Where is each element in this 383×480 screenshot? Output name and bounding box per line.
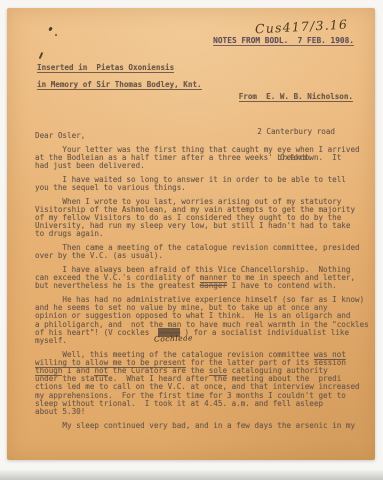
pen-mark <box>39 52 43 59</box>
typed-text: to drugs again. <box>35 229 104 238</box>
insertion-note-text: Inserted in Pietas Oxoniensis <box>37 63 174 73</box>
letter-body: Dear Osler, Your letter was the first th… <box>35 132 371 435</box>
typed-line: but nevertheless he is the greatest dang… <box>35 282 371 290</box>
typed-line: sleep without trional. I took it at 4.45… <box>35 400 371 408</box>
typed-line: of his heart"! (V cockles ——————Cochleae… <box>35 329 371 337</box>
typed-text: over by the V.C. (as usual). <box>35 251 163 260</box>
from-line: From E. W. B. Nicholson. <box>239 92 353 101</box>
typed-text: had just been delivered. <box>35 161 145 170</box>
from-line-text: From E. W. B. Nicholson. <box>239 92 353 102</box>
scanned-letter-page: Cus417/3.16 NOTES FROM BODL. 7 FEB. 1908… <box>0 0 383 480</box>
paragraph: Then came a meeting of the catalogue rev… <box>35 244 371 260</box>
typed-line: you the sequel to various things. <box>35 184 371 192</box>
typed-text: ) for a socialist individualist like <box>180 328 349 337</box>
typed-dateline: NOTES FROM BODL. 7 FEB. 1908. <box>213 36 354 46</box>
paragraph: I have always been afraid of this Vice C… <box>35 266 371 291</box>
typed-text: about 5.30! <box>35 407 85 416</box>
typed-text: but nevertheless he is the greatest <box>35 281 200 290</box>
paragraph: When I wrote to you last, worries arisin… <box>35 198 371 239</box>
typed-text: danger <box>200 281 227 290</box>
typed-text: you the sequel to various things. <box>35 183 186 192</box>
paragraph: He has had no administrative experience … <box>35 296 371 345</box>
paragraph: I have waited so long to answer it in or… <box>35 176 371 192</box>
ink-speck <box>48 27 53 32</box>
salutation: Dear Osler, <box>35 132 371 140</box>
typed-line: had just been delivered. <box>35 162 371 170</box>
typed-line: about 5.30! <box>35 408 371 416</box>
typed-text: myself. <box>35 336 67 345</box>
insertion-note-line1: Inserted in Pietas Oxoniensis <box>37 63 174 72</box>
typed-line: to drugs again. <box>35 230 371 238</box>
paragraph: Your letter was the first thing that cau… <box>35 146 371 171</box>
typed-line: myself. <box>35 337 371 345</box>
ink-speck <box>55 34 57 36</box>
paragraph: My sleep continued very bad, and in a fe… <box>35 422 371 430</box>
letter-paper: Cus417/3.16 NOTES FROM BODL. 7 FEB. 1908… <box>7 8 375 460</box>
handwritten-correction: Cochleae <box>154 335 193 345</box>
typed-text: My sleep continued very bad, and in a fe… <box>35 421 355 430</box>
insertion-note-line2: in Memory of Sir Thomas Bodley, Knt. <box>37 80 202 89</box>
typed-line: over by the V.C. (as usual). <box>35 252 371 260</box>
insertion-note-text: in Memory of Sir Thomas Bodley, Knt. <box>37 80 202 90</box>
typed-text: I have to contend with. <box>227 281 337 290</box>
handwritten-archive-reference: Cus417/3.16 <box>255 17 349 37</box>
scanner-edge-shadow <box>0 470 383 480</box>
struck-out-word: ——————Cochleae <box>158 328 179 337</box>
typed-line: My sleep continued very bad, and in a fe… <box>35 422 371 430</box>
paragraph: Well, this meeting of the catalogue revi… <box>35 351 371 417</box>
